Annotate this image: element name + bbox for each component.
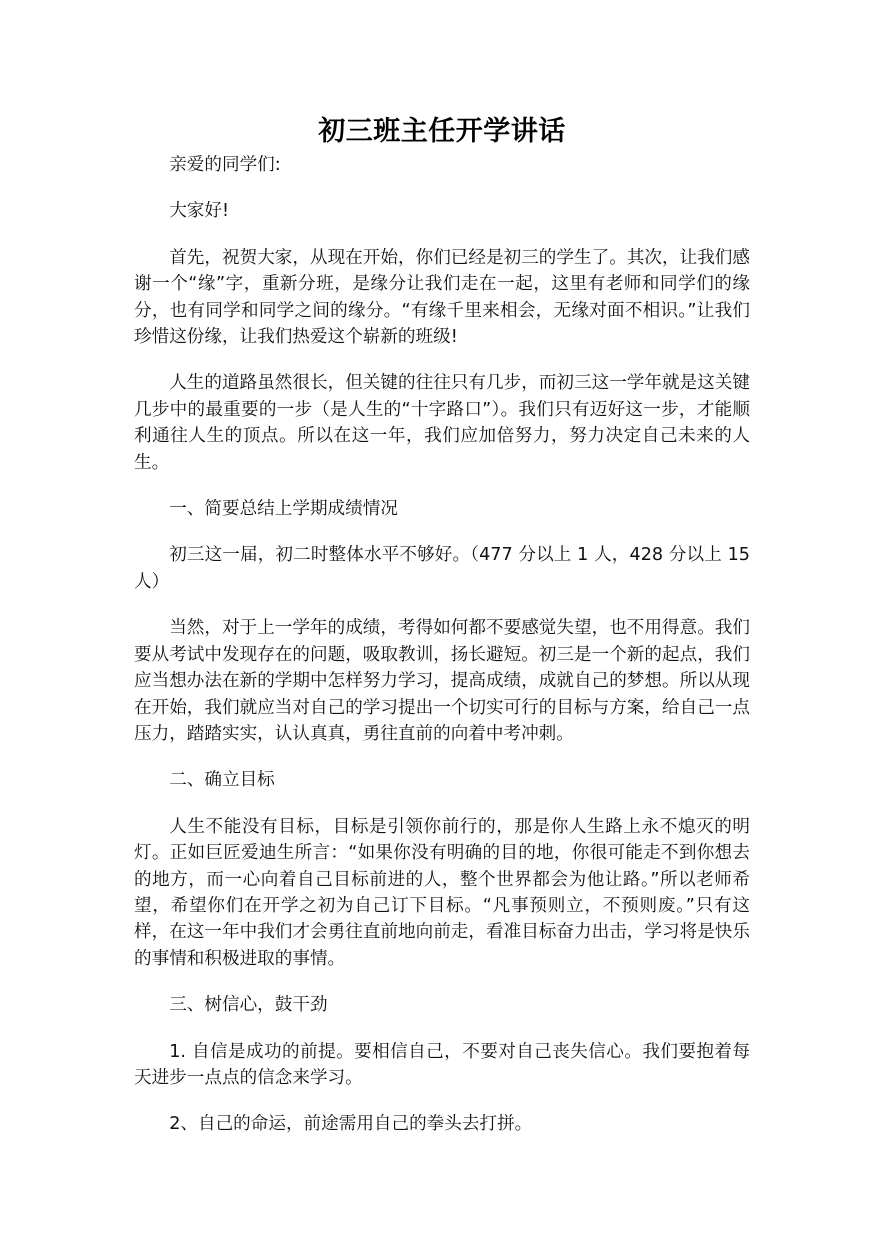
paragraph-section1-reflection: 当然，对于上一学年的成绩，考得如何都不要感觉失望，也不用得意。我们要从考试中发现… [134, 615, 750, 747]
paragraph-section1-scores: 初三这一届，初二时整体水平不够好。（477 分以上 1 人，428 分以上 15… [134, 542, 750, 595]
paragraph-key-step: 人生的道路虽然很长，但关键的往往只有几步，而初三这一学年就是这关键几步中的最重要… [134, 370, 750, 476]
document-title: 初三班主任开学讲话 [134, 112, 750, 152]
paragraph-section2-goals: 人生不能没有目标，目标是引领你前行的，那是你人生路上永不熄灭的明灯。正如巨匠爱迪… [134, 814, 750, 972]
paragraph-section3-point2: 2、自己的命运，前途需用自己的拳头去打拼。 [134, 1111, 750, 1137]
paragraph-section3-point1: 1. 自信是成功的前提。要相信自己，不要对自己丧失信心。我们要抱着每天进步一点点… [134, 1039, 750, 1092]
greeting: 大家好! [134, 198, 750, 224]
paragraph-intro: 首先，祝贺大家，从现在开始，你们已经是初三的学生了。其次，让我们感谢一个“缘”字… [134, 245, 750, 351]
document-page: 初三班主任开学讲话 亲爱的同学们: 大家好! 首先，祝贺大家，从现在开始，你们已… [134, 112, 750, 1158]
section-heading-2: 二、确立目标 [134, 767, 750, 793]
salutation: 亲爱的同学们: [134, 152, 750, 178]
section-heading-1: 一、简要总结上学期成绩情况 [134, 496, 750, 522]
section-heading-3: 三、树信心，鼓干劲 [134, 992, 750, 1018]
